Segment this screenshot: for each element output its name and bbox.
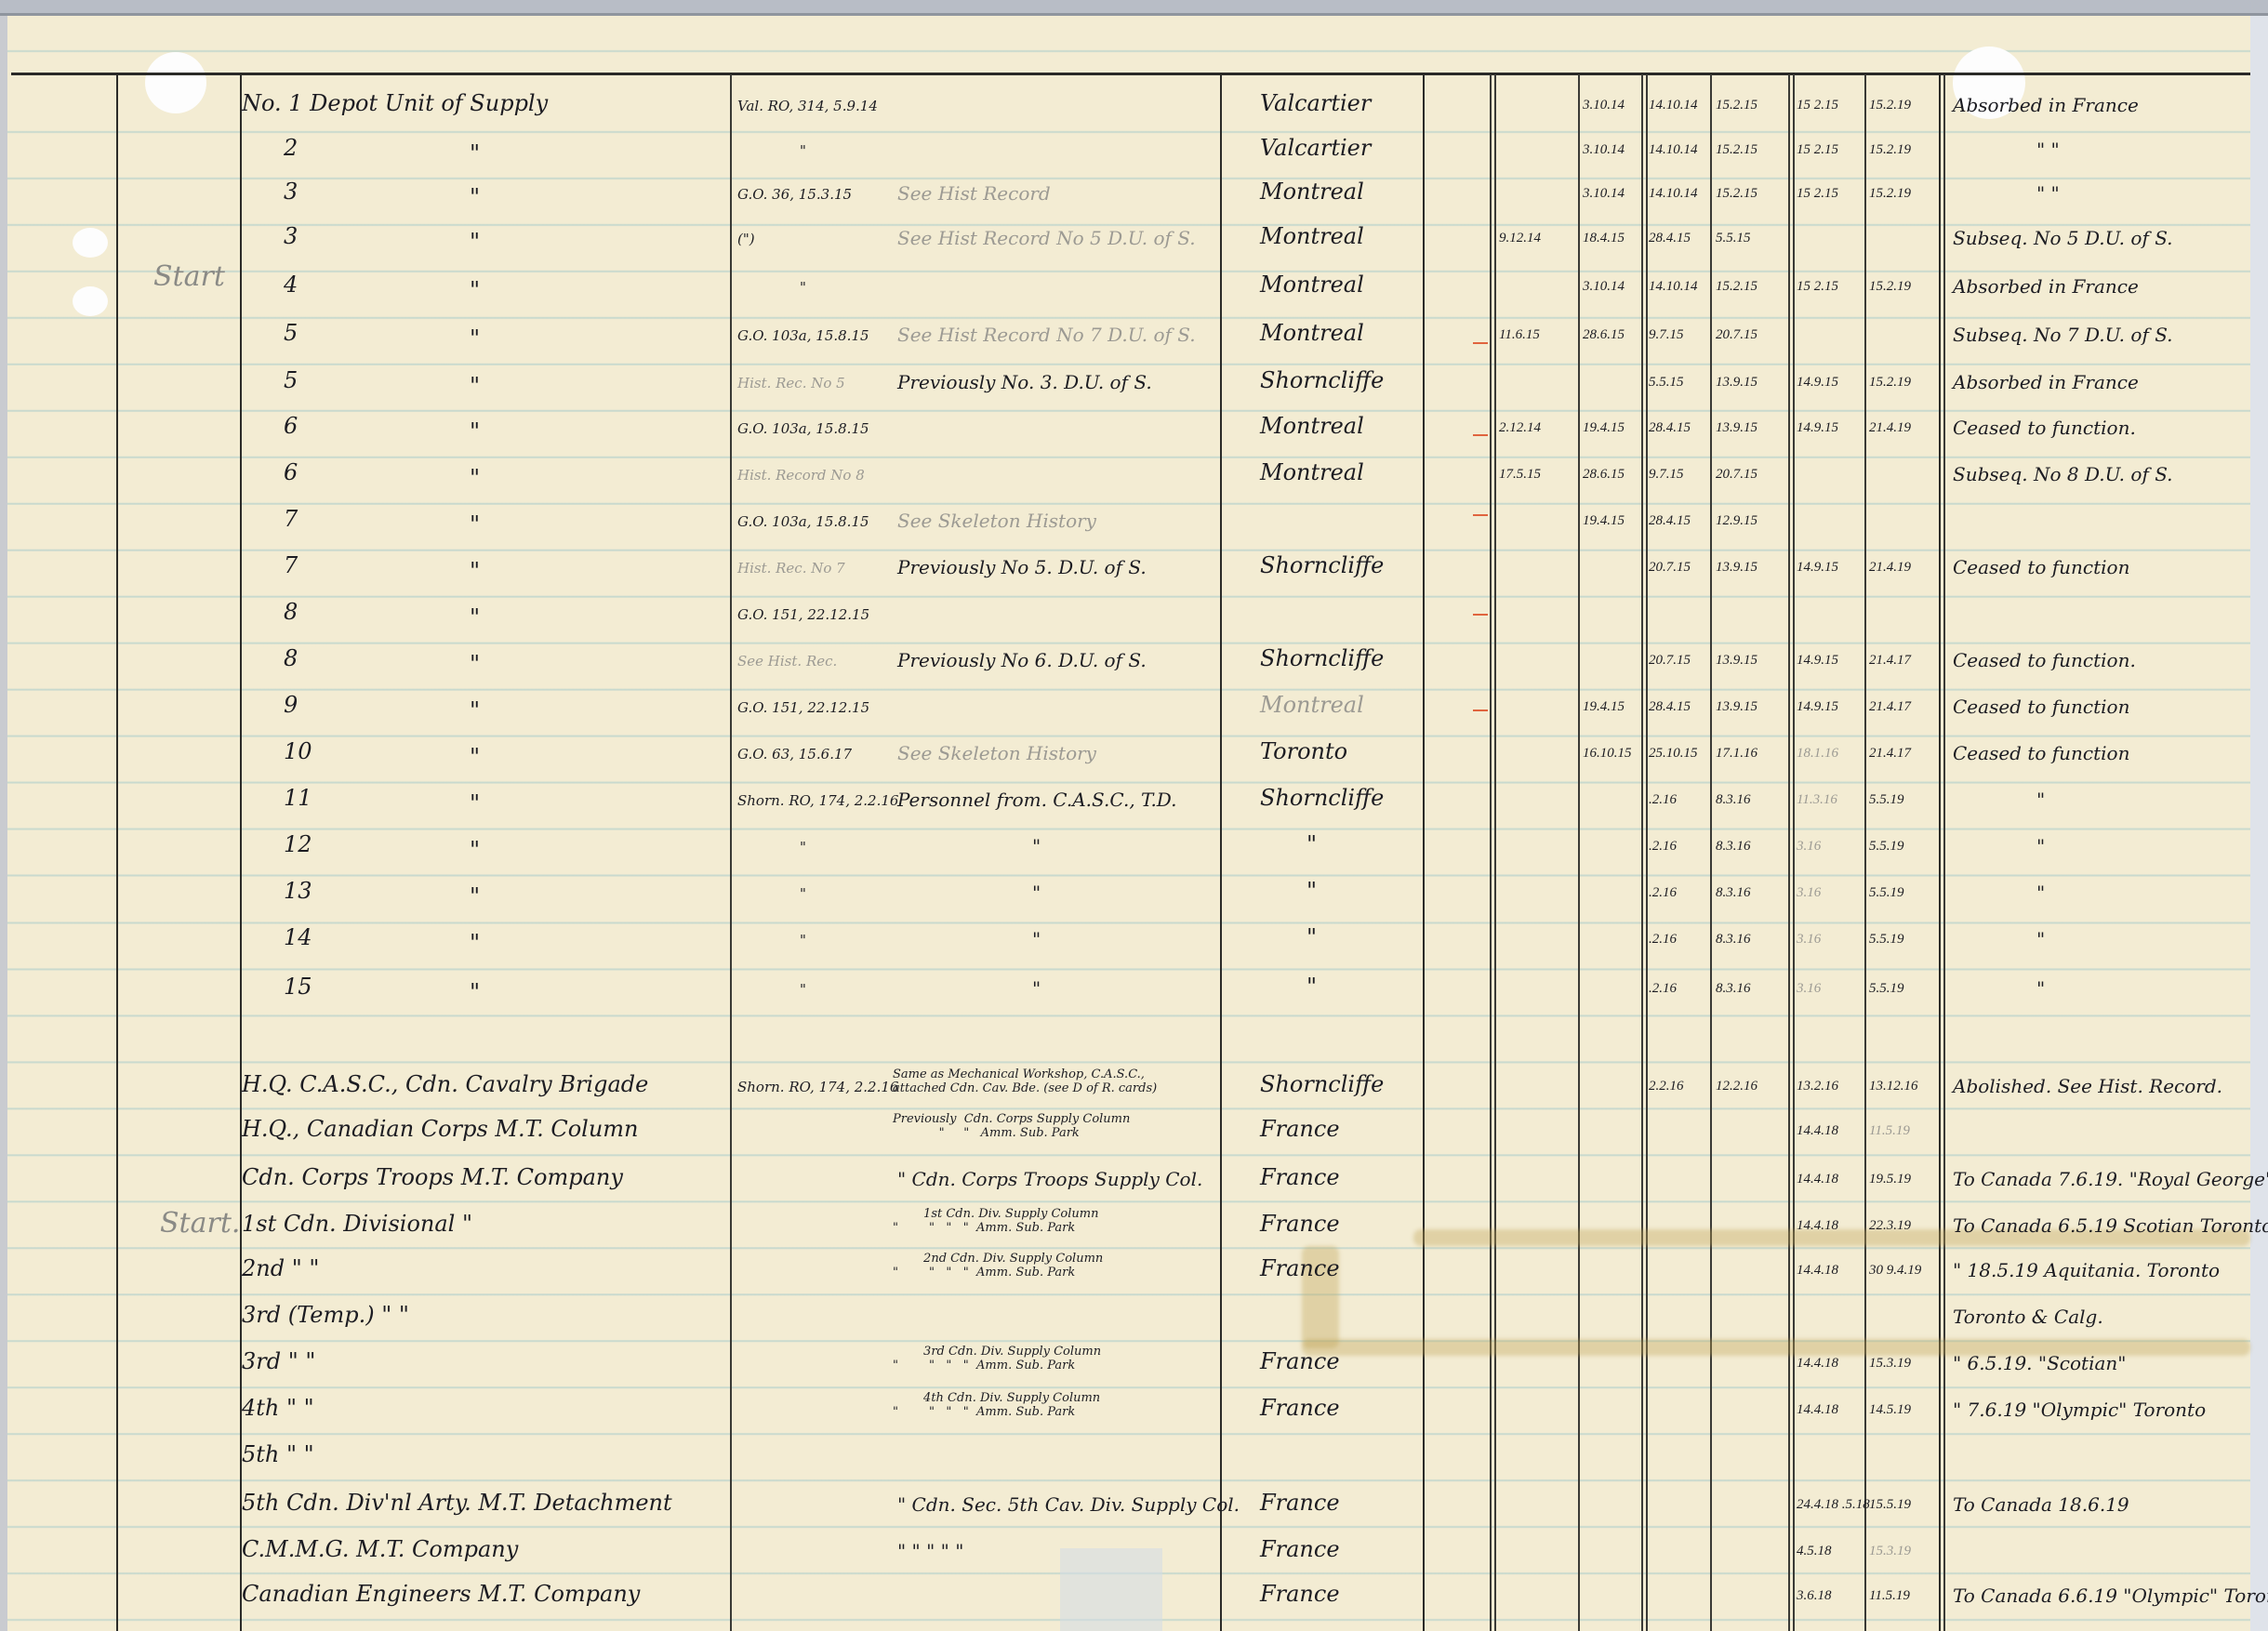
location-cell: Shorncliffe bbox=[1260, 367, 1384, 393]
date-d5: 14.4.18 bbox=[1797, 1172, 1838, 1187]
date-d5: 13.2.16 bbox=[1797, 1079, 1838, 1094]
date-d3: 14.10.14 bbox=[1649, 142, 1698, 158]
date-d4: 8.3.16 bbox=[1716, 839, 1751, 855]
unit-name: 12 bbox=[284, 831, 312, 857]
authority-cell: Hist. Record No 8 bbox=[737, 467, 865, 484]
unit-ditto: " bbox=[470, 140, 480, 166]
location-cell: France bbox=[1260, 1395, 1340, 1421]
previous-designation: " bbox=[1032, 928, 1041, 950]
location-cell: Montreal bbox=[1260, 692, 1364, 718]
unit-name: 1st Cdn. Divisional " bbox=[242, 1211, 472, 1237]
unit-ditto: " bbox=[470, 744, 480, 770]
unit-name: 5th " " bbox=[242, 1441, 314, 1467]
date-d3: 20.7.15 bbox=[1649, 653, 1691, 669]
unit-name: 2nd " " bbox=[242, 1255, 319, 1281]
date-d3: 14.10.14 bbox=[1649, 186, 1698, 202]
date-d6: 5.5.19 bbox=[1869, 839, 1904, 855]
date-d6: 22.3.19 bbox=[1869, 1218, 1911, 1234]
paper-patch bbox=[1060, 1548, 1162, 1631]
unit-ditto: " bbox=[470, 930, 480, 956]
location-cell: " bbox=[1306, 831, 1317, 857]
unit-name: 15 bbox=[284, 974, 312, 1000]
date-d1: 17.5.15 bbox=[1499, 467, 1541, 483]
date-d5: 4.5.18 bbox=[1797, 1544, 1832, 1559]
authority-cell: Shorn. RO, 174, 2.2.16 bbox=[737, 792, 898, 809]
date-d4: 15.2.15 bbox=[1716, 142, 1757, 158]
unit-name: 9 bbox=[284, 692, 298, 718]
location-cell: France bbox=[1260, 1255, 1340, 1281]
location-cell: France bbox=[1260, 1116, 1340, 1142]
authority-cell: Val. RO, 314, 5.9.14 bbox=[737, 98, 878, 114]
location-cell: Shorncliffe bbox=[1260, 785, 1384, 811]
unit-ditto: " bbox=[470, 229, 480, 255]
previous-designation: Previously No 6. D.U. of S. bbox=[897, 649, 1147, 671]
previous-designation: 4th Cdn. Div. Supply Column " " " " Amm.… bbox=[893, 1391, 1100, 1419]
date-d2: 3.10.14 bbox=[1583, 186, 1625, 202]
authority-cell: G.O. 103a, 15.8.15 bbox=[737, 513, 869, 530]
date-d4: 13.9.15 bbox=[1716, 420, 1757, 436]
previous-designation: " bbox=[1032, 835, 1041, 857]
location-cell: Shorncliffe bbox=[1260, 1071, 1384, 1097]
date-d5: 14.9.15 bbox=[1797, 653, 1838, 669]
unit-name: Canadian Engineers M.T. Company bbox=[242, 1581, 640, 1607]
red-tick-mark bbox=[1473, 709, 1488, 711]
unit-name: 8 bbox=[284, 599, 298, 625]
date-d6: 15.2.19 bbox=[1869, 186, 1911, 202]
date-d5: 14.4.18 bbox=[1797, 1356, 1838, 1372]
unit-ditto: " bbox=[470, 184, 480, 210]
date-d3: 5.5.15 bbox=[1649, 375, 1684, 391]
date-d4: 8.3.16 bbox=[1716, 932, 1751, 948]
date-d5: 11.3.16 bbox=[1797, 792, 1837, 808]
remarks-cell: " bbox=[2036, 977, 2045, 1000]
unit-ditto: " bbox=[470, 277, 480, 303]
remarks-cell: Subseq. No 7 D.U. of S. bbox=[1953, 324, 2173, 346]
authority-cell: G.O. 151, 22.12.15 bbox=[737, 699, 869, 716]
date-d6: 15.2.19 bbox=[1869, 279, 1911, 295]
column-line bbox=[730, 74, 732, 1631]
date-d3: .2.16 bbox=[1649, 792, 1677, 808]
date-d6: 15.2.19 bbox=[1869, 98, 1911, 113]
scanner-top-band bbox=[0, 0, 2268, 16]
column-line bbox=[1220, 74, 1222, 1631]
date-d5: 15 2.15 bbox=[1797, 186, 1838, 202]
date-d1: 9.12.14 bbox=[1499, 231, 1541, 246]
location-cell: Montreal bbox=[1260, 459, 1364, 485]
authority-cell: " bbox=[800, 932, 806, 948]
column-line bbox=[1788, 74, 1790, 1631]
location-cell: France bbox=[1260, 1164, 1340, 1190]
previous-designation: Previously No 5. D.U. of S. bbox=[897, 556, 1147, 578]
authority-cell: Hist. Rec. No 7 bbox=[737, 560, 845, 577]
column-line bbox=[1423, 74, 1425, 1631]
remarks-cell: Absorbed in France bbox=[1953, 275, 2139, 298]
date-d5: 3.16 bbox=[1797, 885, 1821, 901]
date-d4: 5.5.15 bbox=[1716, 231, 1751, 246]
unit-ditto: " bbox=[470, 651, 480, 677]
date-d4: 15.2.15 bbox=[1716, 186, 1757, 202]
unit-name: Cdn. Corps Troops M.T. Company bbox=[242, 1164, 623, 1190]
remarks-cell: " bbox=[2036, 835, 2045, 857]
date-d3: 9.7.15 bbox=[1649, 467, 1684, 483]
unit-name: 3rd (Temp.) " " bbox=[242, 1302, 409, 1328]
remarks-cell: Subseq. No 8 D.U. of S. bbox=[1953, 463, 2173, 485]
remarks-cell: " 18.5.19 Aquitania. Toronto bbox=[1953, 1259, 2220, 1281]
previous-designation: See Hist Record bbox=[897, 182, 1051, 205]
unit-name: 7 bbox=[284, 552, 298, 578]
location-cell: France bbox=[1260, 1536, 1340, 1562]
red-tick-mark bbox=[1473, 614, 1488, 616]
column-line bbox=[1943, 74, 1945, 1631]
date-d5: 14.9.15 bbox=[1797, 375, 1838, 391]
location-cell: France bbox=[1260, 1581, 1340, 1607]
unit-ditto: " bbox=[470, 790, 480, 816]
unit-name: 7 bbox=[284, 506, 298, 532]
previous-designation: Same as Mechanical Workshop, C.A.S.C., a… bbox=[893, 1067, 1157, 1095]
unit-name: 8 bbox=[284, 645, 298, 671]
unit-name: H.Q., Canadian Corps M.T. Column bbox=[242, 1116, 639, 1142]
date-d4: 13.9.15 bbox=[1716, 699, 1757, 715]
remarks-cell: To Canada 6.6.19 "Olympic" Toronto bbox=[1953, 1585, 2268, 1607]
date-d5: 18.1.16 bbox=[1797, 746, 1838, 762]
location-cell: Shorncliffe bbox=[1260, 645, 1384, 671]
authority-cell: " bbox=[800, 142, 806, 159]
date-d3: 2.2.16 bbox=[1649, 1079, 1684, 1094]
unit-name: 5 bbox=[284, 320, 298, 346]
date-d6: 15.2.19 bbox=[1869, 142, 1911, 158]
location-cell: " bbox=[1306, 974, 1317, 1000]
remarks-cell: Subseq. No 5 D.U. of S. bbox=[1953, 227, 2173, 249]
date-d5: 14.9.15 bbox=[1797, 560, 1838, 576]
date-d2: 18.4.15 bbox=[1583, 231, 1625, 246]
remarks-cell: " " bbox=[2036, 139, 2060, 161]
unit-ditto: " bbox=[470, 837, 480, 863]
date-d5: 14.4.18 bbox=[1797, 1123, 1838, 1139]
date-d5: 14.4.18 bbox=[1797, 1402, 1838, 1418]
previous-designation: " bbox=[1032, 977, 1041, 1000]
date-d2: 28.6.15 bbox=[1583, 327, 1625, 343]
unit-ditto: " bbox=[470, 604, 480, 630]
date-d6: 15.3.19 bbox=[1869, 1356, 1911, 1372]
date-d5: 15 2.15 bbox=[1797, 98, 1838, 113]
date-d3: 14.10.14 bbox=[1649, 98, 1698, 113]
date-d3: 20.7.15 bbox=[1649, 560, 1691, 576]
date-d6: 21.4.17 bbox=[1869, 699, 1911, 715]
date-d2: 19.4.15 bbox=[1583, 699, 1625, 715]
column-line bbox=[1710, 74, 1712, 1631]
column-line bbox=[1494, 74, 1496, 1631]
authority-cell: G.O. 151, 22.12.15 bbox=[737, 606, 869, 623]
unit-ditto: " bbox=[470, 558, 480, 584]
remarks-cell: To Canada 18.6.19 bbox=[1953, 1493, 2129, 1516]
date-d4: 8.3.16 bbox=[1716, 792, 1751, 808]
margin-note-start-top: Start bbox=[153, 260, 225, 293]
authority-cell: " bbox=[800, 279, 806, 296]
previous-designation: " Cdn. Corps Troops Supply Col. bbox=[897, 1168, 1202, 1190]
date-d2: 19.4.15 bbox=[1583, 513, 1625, 529]
date-d4: 13.9.15 bbox=[1716, 375, 1757, 391]
remarks-cell: Ceased to function. bbox=[1953, 417, 2136, 439]
date-d3: 25.10.15 bbox=[1649, 746, 1698, 762]
red-tick-mark bbox=[1473, 342, 1488, 344]
punch-hole-margin-2 bbox=[73, 286, 108, 316]
date-d5: 3.16 bbox=[1797, 839, 1821, 855]
date-d5: 3.6.18 bbox=[1797, 1588, 1832, 1604]
previous-designation: See Hist Record No 5 D.U. of S. bbox=[897, 227, 1196, 249]
remarks-cell: Abolished. See Hist. Record. bbox=[1953, 1075, 2222, 1097]
remarks-cell: " bbox=[2036, 882, 2045, 904]
location-cell: Toronto bbox=[1260, 738, 1347, 764]
location-cell: France bbox=[1260, 1348, 1340, 1374]
location-cell: " bbox=[1306, 924, 1317, 950]
remarks-cell: Toronto & Calg. bbox=[1953, 1306, 2103, 1328]
unit-name: 5th Cdn. Div'nl Arty. M.T. Detachment bbox=[242, 1490, 672, 1516]
authority-cell: G.O. 36, 15.3.15 bbox=[737, 186, 852, 203]
date-d6: 21.4.19 bbox=[1869, 560, 1911, 576]
previous-designation: " " " " " bbox=[897, 1540, 963, 1562]
date-d6: 5.5.19 bbox=[1869, 792, 1904, 808]
date-d6: 30 9.4.19 bbox=[1869, 1263, 1921, 1279]
date-d2: 3.10.14 bbox=[1583, 98, 1625, 113]
previous-designation: 1st Cdn. Div. Supply Column " " " " Amm.… bbox=[893, 1207, 1098, 1235]
date-d6: 15.3.19 bbox=[1869, 1544, 1911, 1559]
date-d4: 15.2.15 bbox=[1716, 98, 1757, 113]
unit-ditto: " bbox=[470, 883, 480, 909]
previous-designation: 2nd Cdn. Div. Supply Column " " " " Amm.… bbox=[893, 1252, 1103, 1280]
unit-name: 4 bbox=[284, 272, 298, 298]
date-d3: 28.4.15 bbox=[1649, 420, 1691, 436]
unit-name: 6 bbox=[284, 459, 298, 485]
previous-designation: " Cdn. Sec. 5th Cav. Div. Supply Col. bbox=[897, 1493, 1240, 1516]
date-d6: 5.5.19 bbox=[1869, 932, 1904, 948]
date-d6: 5.5.19 bbox=[1869, 885, 1904, 901]
date-d3: 14.10.14 bbox=[1649, 279, 1698, 295]
previous-designation: See Skeleton History bbox=[897, 742, 1096, 764]
column-line bbox=[1578, 74, 1580, 1631]
date-d5: 14.9.15 bbox=[1797, 699, 1838, 715]
date-d2: 19.4.15 bbox=[1583, 420, 1625, 436]
date-d4: 12.2.16 bbox=[1716, 1079, 1757, 1094]
unit-name: 3 bbox=[284, 223, 298, 249]
unit-name: 4th " " bbox=[242, 1395, 314, 1421]
previous-designation: 3rd Cdn. Div. Supply Column " " " " Amm.… bbox=[893, 1345, 1101, 1372]
date-d6: 11.5.19 bbox=[1869, 1588, 1910, 1604]
date-d4: 12.9.15 bbox=[1716, 513, 1757, 529]
date-d6: 21.4.17 bbox=[1869, 746, 1911, 762]
remarks-cell: Ceased to function bbox=[1953, 696, 2129, 718]
previous-designation: See Skeleton History bbox=[897, 510, 1096, 532]
date-d6: 21.4.17 bbox=[1869, 653, 1911, 669]
unit-ditto: " bbox=[470, 979, 480, 1005]
authority-cell: See Hist. Rec. bbox=[737, 653, 837, 670]
date-d4: 8.3.16 bbox=[1716, 885, 1751, 901]
authority-cell: Hist. Rec. No 5 bbox=[737, 375, 845, 391]
previous-designation: Previously No. 3. D.U. of S. bbox=[897, 371, 1152, 393]
date-d6: 14.5.19 bbox=[1869, 1402, 1911, 1418]
remarks-cell: " 6.5.19. "Scotian" bbox=[1953, 1352, 2126, 1374]
date-d2: 3.10.14 bbox=[1583, 279, 1625, 295]
date-d3: .2.16 bbox=[1649, 885, 1677, 901]
date-d6: 21.4.19 bbox=[1869, 420, 1911, 436]
date-d5: 24.4.18 .5.18 bbox=[1797, 1497, 1870, 1513]
unit-name: 6 bbox=[284, 413, 298, 439]
date-d5: 14.4.18 bbox=[1797, 1218, 1838, 1234]
date-d2: 28.6.15 bbox=[1583, 467, 1625, 483]
date-d3: 28.4.15 bbox=[1649, 513, 1691, 529]
unit-name: 3rd " " bbox=[242, 1348, 315, 1374]
location-cell: Montreal bbox=[1260, 179, 1364, 205]
unit-name: 11 bbox=[284, 785, 312, 811]
location-cell: Montreal bbox=[1260, 223, 1364, 249]
date-d2: 3.10.14 bbox=[1583, 142, 1625, 158]
remarks-cell: Ceased to function bbox=[1953, 742, 2129, 764]
previous-designation: Previously Cdn. Corps Supply Column " " … bbox=[893, 1112, 1130, 1140]
margin-note-start-bottom: Start. bbox=[160, 1207, 240, 1240]
date-d3: 28.4.15 bbox=[1649, 699, 1691, 715]
date-d6: 19.5.19 bbox=[1869, 1172, 1911, 1187]
date-d5: 15 2.15 bbox=[1797, 279, 1838, 295]
column-line bbox=[1864, 74, 1866, 1631]
date-d1: 2.12.14 bbox=[1499, 420, 1541, 436]
location-cell: Montreal bbox=[1260, 320, 1364, 346]
unit-name: 10 bbox=[284, 738, 312, 764]
date-d6: 15.2.19 bbox=[1869, 375, 1911, 391]
remarks-cell: Ceased to function bbox=[1953, 556, 2129, 578]
date-d3: .2.16 bbox=[1649, 981, 1677, 997]
remarks-cell: " " bbox=[2036, 182, 2060, 205]
unit-name: C.M.M.G. M.T. Company bbox=[242, 1536, 518, 1562]
previous-designation: Personnel from. C.A.S.C., T.D. bbox=[897, 789, 1177, 811]
date-d5: 3.16 bbox=[1797, 981, 1821, 997]
unit-name: H.Q. C.A.S.C., Cdn. Cavalry Brigade bbox=[242, 1071, 648, 1097]
unit-ditto: " bbox=[470, 697, 480, 723]
red-tick-mark bbox=[1473, 434, 1488, 436]
date-d1: 11.6.15 bbox=[1499, 327, 1540, 343]
column-line bbox=[1939, 74, 1941, 1631]
column-line bbox=[1490, 74, 1492, 1631]
remarks-cell: " bbox=[2036, 789, 2045, 811]
authority-cell: G.O. 63, 15.6.17 bbox=[737, 746, 852, 762]
unit-name: 14 bbox=[284, 924, 312, 950]
date-d4: 13.9.15 bbox=[1716, 653, 1757, 669]
unit-name: 13 bbox=[284, 878, 312, 904]
previous-designation: See Hist Record No 7 D.U. of S. bbox=[897, 324, 1196, 346]
punch-hole-margin-1 bbox=[73, 228, 108, 258]
red-tick-mark bbox=[1473, 514, 1488, 516]
date-d6: 15.5.19 bbox=[1869, 1497, 1911, 1513]
unit-ditto: " bbox=[470, 373, 480, 399]
previous-designation: " bbox=[1032, 882, 1041, 904]
date-d3: 28.4.15 bbox=[1649, 231, 1691, 246]
authority-cell: Shorn. RO, 174, 2.2.16 bbox=[737, 1079, 898, 1095]
column-line bbox=[116, 74, 118, 1631]
date-d6: 13.12.16 bbox=[1869, 1079, 1918, 1094]
location-cell: Montreal bbox=[1260, 413, 1364, 439]
date-d5: 14.9.15 bbox=[1797, 420, 1838, 436]
date-d4: 15.2.15 bbox=[1716, 279, 1757, 295]
unit-name: 5 bbox=[284, 367, 298, 393]
remarks-cell: To Canada 6.5.19 Scotian Toronto bbox=[1953, 1214, 2268, 1237]
date-d4: 20.7.15 bbox=[1716, 327, 1757, 343]
punch-hole-top-left bbox=[145, 52, 206, 113]
date-d4: 17.1.16 bbox=[1716, 746, 1757, 762]
authority-cell: G.O. 103a, 15.8.15 bbox=[737, 327, 869, 344]
ledger-page bbox=[7, 16, 2250, 1631]
unit-name: 2 bbox=[284, 135, 298, 161]
location-cell: Shorncliffe bbox=[1260, 552, 1384, 578]
location-cell: " bbox=[1306, 878, 1317, 904]
date-d2: 16.10.15 bbox=[1583, 746, 1632, 762]
authority-cell: (") bbox=[737, 231, 755, 247]
unit-ditto: " bbox=[470, 325, 480, 351]
date-d5: 14.4.18 bbox=[1797, 1263, 1838, 1279]
date-d5: 3.16 bbox=[1797, 932, 1821, 948]
remarks-cell: To Canada 7.6.19. "Royal George" bbox=[1953, 1168, 2268, 1190]
column-line bbox=[1793, 74, 1795, 1631]
authority-cell: " bbox=[800, 839, 806, 855]
remarks-cell: Ceased to function. bbox=[1953, 649, 2136, 671]
column-line bbox=[1646, 74, 1648, 1631]
location-cell: Montreal bbox=[1260, 272, 1364, 298]
page-right-edge bbox=[2250, 16, 2268, 1631]
authority-cell: G.O. 103a, 15.8.15 bbox=[737, 420, 869, 437]
remarks-cell: " bbox=[2036, 928, 2045, 950]
location-cell: France bbox=[1260, 1211, 1340, 1237]
date-d6: 5.5.19 bbox=[1869, 981, 1904, 997]
date-d4: 20.7.15 bbox=[1716, 467, 1757, 483]
column-line bbox=[1641, 74, 1643, 1631]
location-cell: France bbox=[1260, 1490, 1340, 1516]
location-cell: Valcartier bbox=[1260, 90, 1371, 116]
header-rule bbox=[11, 73, 2250, 75]
date-d4: 13.9.15 bbox=[1716, 560, 1757, 576]
unit-name: No. 1 Depot Unit of Supply bbox=[242, 90, 548, 116]
date-d5: 15 2.15 bbox=[1797, 142, 1838, 158]
unit-ditto: " bbox=[470, 418, 480, 444]
location-cell: Valcartier bbox=[1260, 135, 1371, 161]
authority-cell: " bbox=[800, 885, 806, 902]
unit-name: 3 bbox=[284, 179, 298, 205]
date-d3: .2.16 bbox=[1649, 932, 1677, 948]
date-d3: 9.7.15 bbox=[1649, 327, 1684, 343]
date-d3: .2.16 bbox=[1649, 839, 1677, 855]
unit-ditto: " bbox=[470, 511, 480, 537]
remarks-cell: " 7.6.19 "Olympic" Toronto bbox=[1953, 1399, 2206, 1421]
date-d6: 11.5.19 bbox=[1869, 1123, 1910, 1139]
authority-cell: " bbox=[800, 981, 806, 998]
unit-ditto: " bbox=[470, 465, 480, 491]
remarks-cell: Absorbed in France bbox=[1953, 94, 2139, 116]
date-d4: 8.3.16 bbox=[1716, 981, 1751, 997]
remarks-cell: Absorbed in France bbox=[1953, 371, 2139, 393]
